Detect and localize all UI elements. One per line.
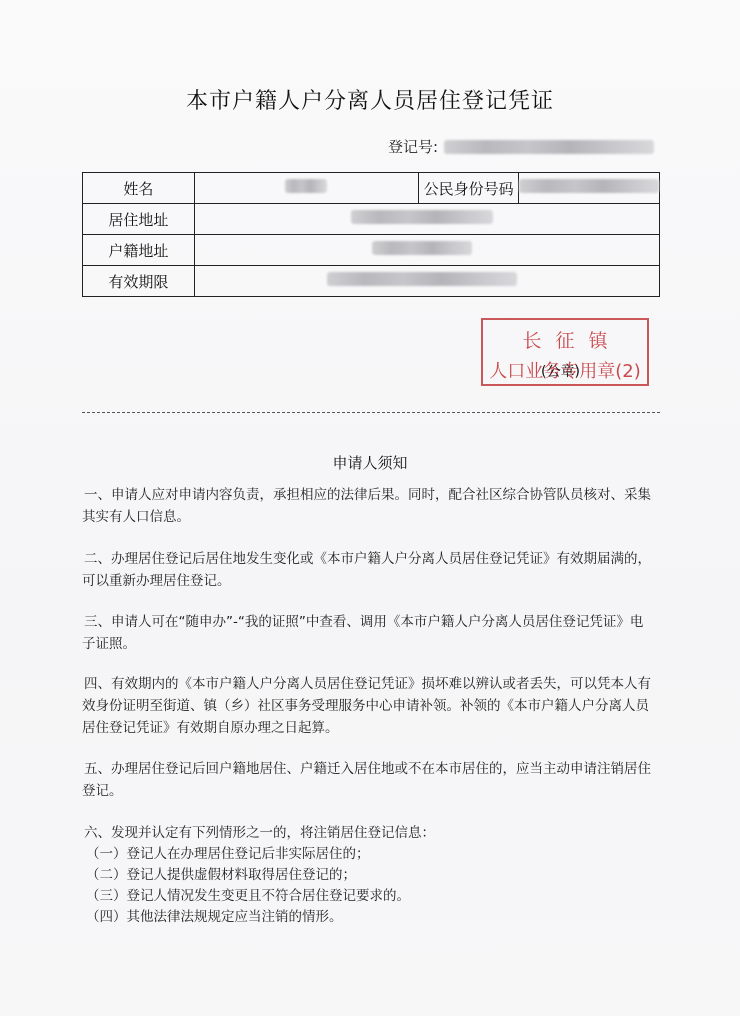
notice-paragraph: 五、办理居住登记后回户籍地居住、户籍迁入居住地或不在本市居住的，应当主动申请注销… [82,758,652,802]
notice-sub-item: （四）其他法律法规规定应当注销的情形。 [86,906,343,928]
notice-paragraph: 一、申请人应对申请内容负责，承担相应的法律后果。同时，配合社区综合协管队员核对、… [82,484,652,528]
id-value-redacted [519,179,659,193]
table-row-household: 户籍地址 [83,235,660,266]
table-row-residence: 居住地址 [83,204,660,235]
residence-value [194,204,659,235]
validity-label: 有效期限 [83,266,195,297]
household-value [194,235,659,266]
table-row-name: 姓名 公民身份号码 [83,173,660,204]
household-value-redacted [372,241,472,255]
seal-placeholder-text: (公章) [541,361,580,381]
notice-title: 申请人须知 [0,452,740,473]
notice-paragraph: 四、有效期内的《本市户籍人户分离人员居住登记凭证》损坏难以辨认或者丢失，可以凭本… [82,673,652,739]
stamp-line1: 长征镇 [483,326,647,353]
cut-line-divider [82,412,660,413]
notice-paragraph: 六、发现并认定有下列情形之一的，将注销居住登记信息： [82,822,652,844]
registration-label: 登记号: [388,136,438,157]
registration-number: 登记号: [388,136,654,157]
household-label: 户籍地址 [83,235,195,266]
residence-label: 居住地址 [83,204,195,235]
name-value [194,173,418,204]
notice-sub-item: （一）登记人在办理居住登记后非实际居住的； [86,843,370,865]
info-table: 姓名 公民身份号码 居住地址 户籍地址 有效期限 [82,172,660,297]
id-label: 公民身份号码 [419,173,519,204]
document-title: 本市户籍人户分离人员居住登记凭证 [0,84,740,115]
name-value-redacted [285,179,327,193]
name-label: 姓名 [83,173,195,204]
validity-value [194,266,659,297]
residence-value-redacted [351,210,493,224]
notice-paragraph: 三、申请人可在“随申办”-“我的证照”中查看、调用《本市户籍人户分离人员居住登记… [82,611,652,655]
notice-sub-item: （三）登记人情况发生变更且不符合居住登记要求的。 [86,885,410,907]
id-value [519,173,660,204]
validity-value-redacted [327,272,517,286]
notice-sub-item: （二）登记人提供虚假材料取得居住登记的； [86,864,356,886]
table-row-validity: 有效期限 [83,266,660,297]
notice-paragraph: 二、办理居住登记后居住地发生变化或《本市户籍人户分离人员居住登记凭证》有效期届满… [82,548,652,592]
document-page: 本市户籍人户分离人员居住登记凭证 登记号: 姓名 公民身份号码 居住地址 户籍地… [0,0,740,1016]
registration-value-redacted [444,140,654,154]
